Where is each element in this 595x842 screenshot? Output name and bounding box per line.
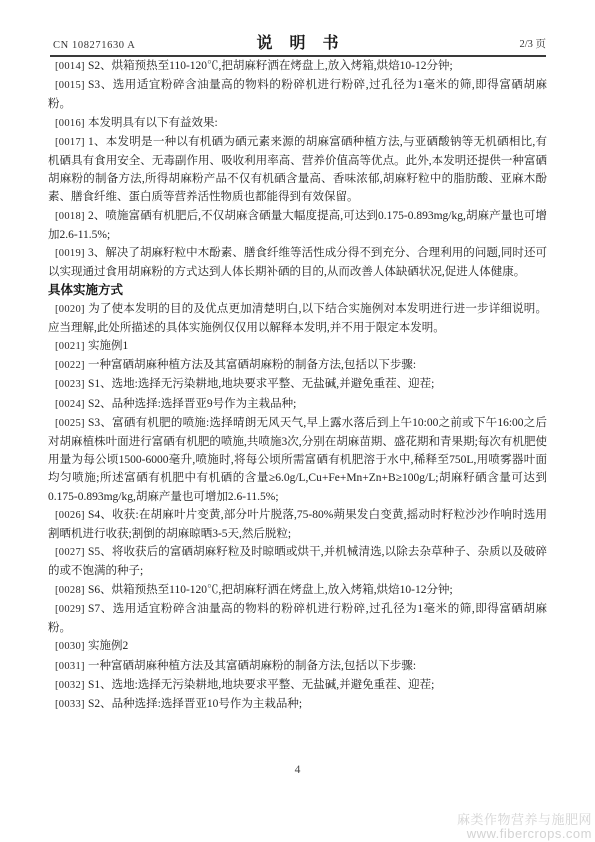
- paragraph-number: [0025]: [55, 415, 88, 433]
- paragraph: [0014]S2、烘箱预热至110-120℃,把胡麻籽洒在烤盘上,放入烤箱,烘焙…: [48, 57, 547, 76]
- paragraph-number: [0030]: [55, 638, 88, 656]
- paragraph-number: [0026]: [55, 507, 88, 525]
- paragraph-text: S3、富硒有机肥的喷施:选择晴朗无风天气,早上露水落后到上午10:00之前或下午…: [48, 417, 547, 503]
- paragraph-text: S1、选地:选择无污染耕地,地块要求平整、无盐碱,并避免重茬、迎茬;: [88, 378, 434, 390]
- paragraph-number: [0032]: [55, 677, 88, 695]
- document-title: 说明书: [256, 30, 355, 53]
- paragraph: [0026]S4、收获:在胡麻叶片变黄,部分叶片脱落,75-80%蒴果发白变黄,…: [48, 506, 547, 543]
- paragraph: [0033]S2、品种选择:选择晋亚10号作为主栽品种;: [48, 695, 547, 714]
- document-number: CN 108271630 A: [53, 40, 136, 51]
- paragraph-number: [0021]: [55, 338, 88, 356]
- paragraph: [0025]S3、富硒有机肥的喷施:选择晴朗无风天气,早上露水落后到上午10:0…: [48, 414, 547, 506]
- paragraph: [0029]S7、选用适宜粉碎含油量高的物料的粉碎机进行粉碎,过孔径为1毫米的筛…: [48, 600, 547, 637]
- page-header: CN 108271630 A 说明书 2/3 页: [50, 0, 546, 57]
- paragraph-text: S2、品种选择:选择晋亚9号作为主栽品种;: [88, 398, 296, 410]
- paragraph-text: S1、选地:选择无污染耕地,地块要求平整、无盐碱,并避免重茬、迎茬;: [88, 679, 434, 691]
- paragraph-number: [0016]: [55, 115, 88, 133]
- paragraph-number: [0022]: [55, 357, 88, 375]
- specification-body: [0014]S2、烘箱预热至110-120℃,把胡麻籽洒在烤盘上,放入烤箱,烘焙…: [48, 57, 547, 714]
- patent-specification-page: CN 108271630 A 说明书 2/3 页 [0014]S2、烘箱预热至1…: [0, 0, 595, 842]
- paragraph: [0022]一种富硒胡麻种植方法及其富硒胡麻粉的制备方法,包括以下步骤:: [48, 356, 547, 375]
- paragraph-number: [0020]: [55, 301, 88, 319]
- page-indicator: 2/3 页: [519, 36, 546, 51]
- paragraph: [0027]S5、将收获后的富硒胡麻籽粒及时晾晒或烘干,并机械清选,以除去杂草种…: [48, 543, 547, 580]
- paragraph-number: [0017]: [55, 134, 88, 152]
- paragraph-number: [0015]: [55, 77, 88, 95]
- paragraph-text: 1、本发明是一种以有机硒为硒元素来源的胡麻富硒种植方法,与亚硒酸钠等无机硒相比,…: [48, 136, 547, 204]
- paragraph: [0021]实施例1: [48, 337, 547, 356]
- watermark-site-url: www.fibercrops.com: [457, 827, 592, 841]
- page-number: 4: [0, 764, 595, 776]
- paragraph-number: [0024]: [55, 396, 88, 414]
- paragraph-text: 实施例2: [88, 640, 128, 652]
- paragraph-number: [0028]: [55, 582, 88, 600]
- paragraph-text: S7、选用适宜粉碎含油量高的物料的粉碎机进行粉碎,过孔径为1毫米的筛,即得富硒胡…: [48, 603, 547, 634]
- paragraph: [0030]实施例2: [48, 637, 547, 656]
- paragraph-number: [0023]: [55, 376, 88, 394]
- paragraph-text: S4、收获:在胡麻叶片变黄,部分叶片脱落,75-80%蒴果发白变黄,摇动时籽粒沙…: [48, 509, 547, 540]
- paragraph-number: [0029]: [55, 601, 88, 619]
- paragraph-number: [0019]: [55, 245, 88, 263]
- paragraph: [0015]S3、选用适宜粉碎含油量高的物料的粉碎机进行粉碎,过孔径为1毫米的筛…: [48, 76, 547, 113]
- paragraph: [0024]S2、品种选择:选择晋亚9号作为主栽品种;: [48, 395, 547, 414]
- paragraph-text: S6、烘箱预热至110-120℃,把胡麻籽洒在烤盘上,放入烤箱,烘焙10-12分…: [88, 584, 453, 596]
- paragraph: [0019]3、解决了胡麻籽粒中木酚素、膳食纤维等活性成分得不到充分、合理利用的…: [48, 244, 547, 281]
- watermark: 麻类作物营养与施肥网 www.fibercrops.com: [457, 813, 592, 840]
- paragraph-text: 一种富硒胡麻种植方法及其富硒胡麻粉的制备方法,包括以下步骤:: [88, 359, 416, 371]
- paragraph-number: [0033]: [55, 696, 88, 714]
- paragraph-text: 实施例1: [88, 340, 128, 352]
- paragraph-text: 2、喷施富硒有机肥后,不仅胡麻含硒量大幅度提高,可达到0.175-0.893mg…: [48, 210, 547, 241]
- paragraph: [0031]一种富硒胡麻种植方法及其富硒胡麻粉的制备方法,包括以下步骤:: [48, 657, 547, 676]
- paragraph: [0020]为了使本发明的目的及优点更加清楚明白,以下结合实施例对本发明进行进一…: [48, 300, 547, 337]
- paragraph: [0017]1、本发明是一种以有机硒为硒元素来源的胡麻富硒种植方法,与亚硒酸钠等…: [48, 133, 547, 207]
- paragraph: [0032]S1、选地:选择无污染耕地,地块要求平整、无盐碱,并避免重茬、迎茬;: [48, 676, 547, 695]
- paragraph-number: [0014]: [55, 58, 88, 76]
- paragraph-text: 一种富硒胡麻种植方法及其富硒胡麻粉的制备方法,包括以下步骤:: [88, 660, 416, 672]
- paragraph: [0028]S6、烘箱预热至110-120℃,把胡麻籽洒在烤盘上,放入烤箱,烘焙…: [48, 581, 547, 600]
- paragraph: [0023]S1、选地:选择无污染耕地,地块要求平整、无盐碱,并避免重茬、迎茬;: [48, 375, 547, 394]
- paragraph-number: [0018]: [55, 208, 88, 226]
- watermark-site-name: 麻类作物营养与施肥网: [457, 813, 592, 827]
- paragraph-number: [0031]: [55, 658, 88, 676]
- paragraph-text: 本发明具有以下有益效果:: [88, 117, 218, 129]
- paragraph-text: S2、品种选择:选择晋亚10号作为主栽品种;: [88, 698, 302, 710]
- paragraph-text: S5、将收获后的富硒胡麻籽粒及时晾晒或烘干,并机械清选,以除去杂草种子、杂质以及…: [48, 546, 547, 577]
- paragraph-text: 3、解决了胡麻籽粒中木酚素、膳食纤维等活性成分得不到充分、合理利用的问题,同时还…: [48, 247, 547, 278]
- paragraph-text: S3、选用适宜粉碎含油量高的物料的粉碎机进行粉碎,过孔径为1毫米的筛,即得富硒胡…: [48, 79, 547, 110]
- paragraph-text: 为了使本发明的目的及优点更加清楚明白,以下结合实施例对本发明进行进一步详细说明。…: [48, 303, 547, 334]
- paragraph: [0016]本发明具有以下有益效果:: [48, 114, 547, 133]
- paragraph: [0018]2、喷施富硒有机肥后,不仅胡麻含硒量大幅度提高,可达到0.175-0…: [48, 207, 547, 244]
- paragraph-text: S2、烘箱预热至110-120℃,把胡麻籽洒在烤盘上,放入烤箱,烘焙10-12分…: [88, 60, 453, 72]
- section-heading: 具体实施方式: [48, 281, 547, 299]
- paragraph-number: [0027]: [55, 544, 88, 562]
